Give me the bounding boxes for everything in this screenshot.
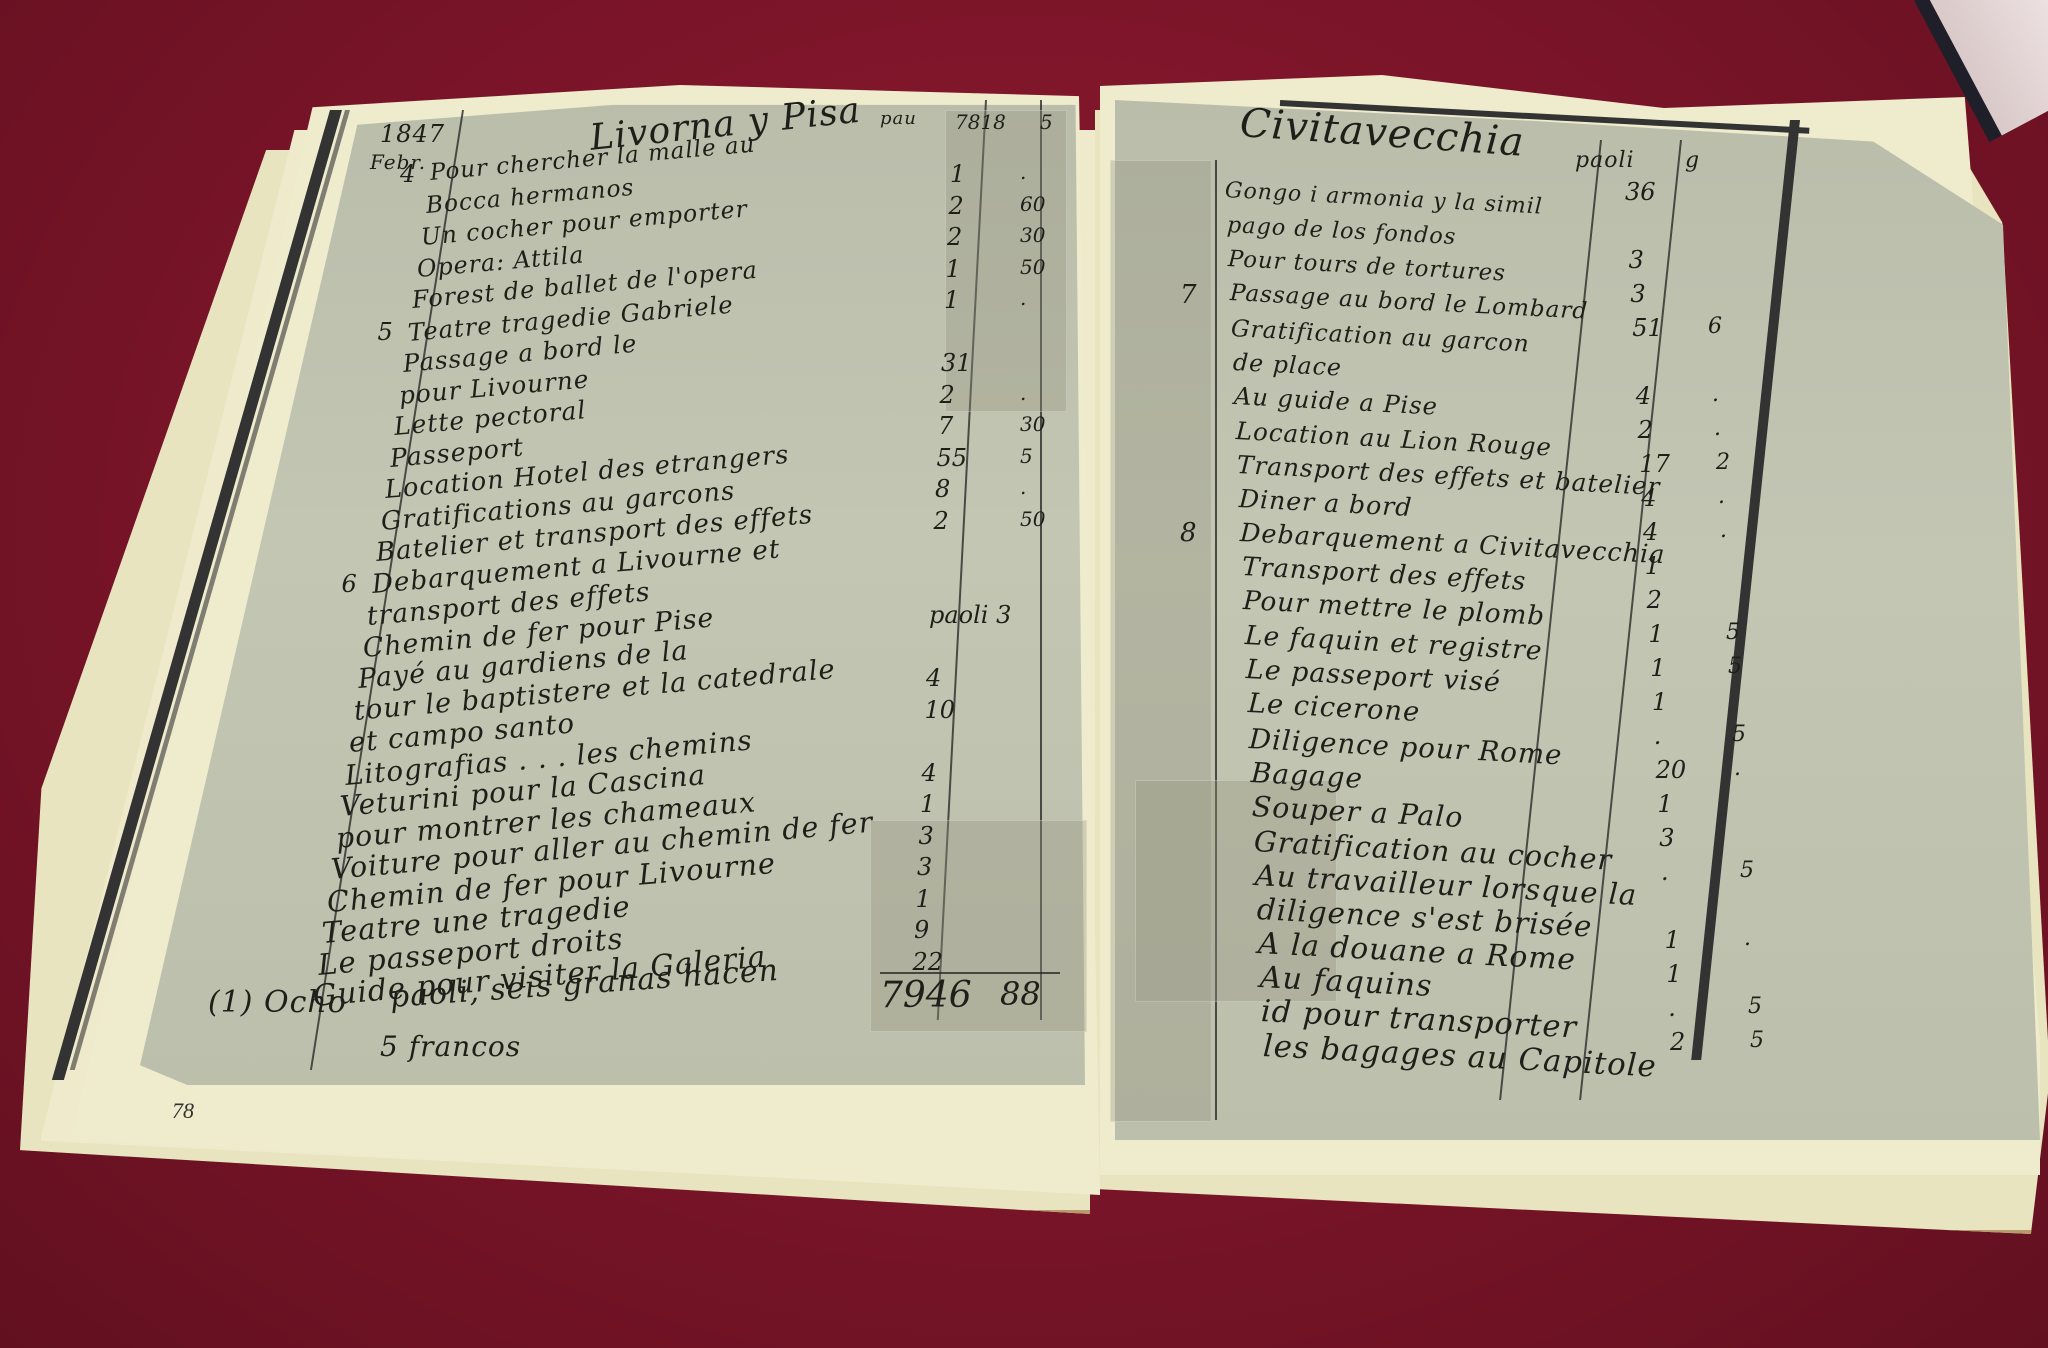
entry-paoli: 1 [1650, 654, 1665, 682]
entry-amount: paoli 3 [929, 601, 1011, 629]
entry-cents: 5 [1020, 444, 1033, 468]
left-total-cents: 88 [1000, 975, 1041, 1013]
entry-cents: . [1020, 381, 1026, 405]
entry-paoli: 4 [1643, 518, 1658, 546]
entry-cents: 30 [1020, 412, 1045, 436]
entry-paoli: 3 [1629, 246, 1644, 274]
entry-amount: 55 [937, 444, 968, 472]
entry-cents: 50 [1020, 255, 1045, 279]
entry-paoli: 1 [1648, 620, 1663, 648]
entry-g: . [1718, 484, 1725, 509]
entry-amount: 4 [922, 759, 937, 787]
ledger-year: 1847 [380, 120, 445, 148]
entry-g: 5 [1740, 858, 1754, 883]
entry-paoli: . [1654, 722, 1662, 750]
entry-day: 8 [1180, 518, 1198, 548]
entry-g: . [1734, 756, 1741, 781]
entry-g: . [1744, 926, 1751, 951]
entry-g: 5 [1728, 654, 1742, 679]
entry-g: 5 [1726, 620, 1740, 645]
entry-paoli: 20 [1656, 756, 1687, 784]
entry-cents: 60 [1020, 192, 1045, 216]
entry-description: Bagage [1250, 756, 1364, 795]
entry-paoli: 1 [1645, 552, 1660, 580]
entry-amount: 2 [949, 192, 964, 220]
entry-g: 2 [1716, 450, 1730, 475]
left-cents-header: 5 [1040, 110, 1053, 134]
entry-amount: 3 [919, 822, 934, 850]
entry-paoli: . [1661, 858, 1669, 886]
entry-paoli: 1 [1666, 960, 1681, 988]
entry-amount: 1 [916, 885, 931, 913]
entry-paoli: 4 [1641, 484, 1656, 512]
open-ledger-book: 1847 Febr. Livorna y Pisa pau 7818 5 4Po… [0, 0, 2048, 1348]
entry-g: 5 [1750, 1028, 1764, 1053]
entry-g: 5 [1748, 994, 1762, 1019]
entry-cents: . [1020, 286, 1026, 310]
entry-paoli: 17 [1639, 450, 1670, 478]
entry-amount: 1 [946, 255, 961, 283]
entry-paoli: 36 [1625, 178, 1656, 206]
entry-g: . [1720, 518, 1727, 543]
entry-g: . [1714, 416, 1721, 441]
entry-amount: 1 [950, 160, 965, 188]
entry-paoli: 1 [1657, 790, 1672, 818]
entry-amount: 7 [938, 412, 953, 440]
entry-amount: 4 [926, 664, 941, 692]
entry-amount: 3 [917, 853, 932, 881]
entry-day: 6 [342, 570, 358, 598]
entry-day: 7 [1180, 280, 1198, 310]
entry-g: 5 [1732, 722, 1746, 747]
entry-day: 4 [400, 160, 416, 188]
entry-cents: 30 [1020, 223, 1045, 247]
left-column-header: pau [880, 108, 917, 129]
entry-paoli: 3 [1659, 824, 1674, 852]
footnote-text-2: 5 francos [380, 1030, 521, 1063]
footnote-marker: (1) Ocho [208, 985, 347, 1020]
entry-paoli: 2 [1647, 586, 1662, 614]
left-total-amount: 7946 [880, 975, 972, 1016]
entry-amount: 8 [935, 475, 950, 503]
entry-paoli: 2 [1670, 1028, 1685, 1056]
total-underline [880, 972, 1060, 974]
entry-amount: 1 [944, 286, 959, 314]
g-column-header: g [1685, 148, 1700, 173]
entry-amount: 31 [941, 349, 972, 377]
entry-cents: 50 [1020, 507, 1045, 531]
entry-g: 6 [1708, 314, 1722, 339]
entry-g: . [1712, 382, 1719, 407]
entry-description: de place [1232, 348, 1342, 382]
entry-paoli: 1 [1652, 688, 1667, 716]
left-amount-header: 7818 [955, 110, 1006, 134]
page-number: 78 [172, 1098, 194, 1124]
entry-paoli: 1 [1665, 926, 1680, 954]
ledger-month: Febr. [370, 150, 426, 174]
entry-amount: 2 [947, 223, 962, 251]
entry-paoli: 4 [1636, 382, 1651, 410]
entry-cents: . [1020, 475, 1026, 499]
entry-cents: . [1020, 160, 1026, 184]
entry-paoli: 3 [1630, 280, 1645, 308]
entry-day: 5 [378, 318, 394, 346]
entry-amount: 9 [914, 916, 929, 944]
entry-amount: 1 [920, 790, 935, 818]
entry-amount: 10 [925, 696, 956, 724]
entry-paoli: 51 [1632, 314, 1663, 342]
paoli-column-header: paoli [1575, 148, 1635, 173]
entry-amount: 2 [940, 381, 955, 409]
entry-paoli: 2 [1638, 416, 1653, 444]
entry-amount: 2 [934, 507, 949, 535]
entry-paoli: . [1668, 994, 1676, 1022]
